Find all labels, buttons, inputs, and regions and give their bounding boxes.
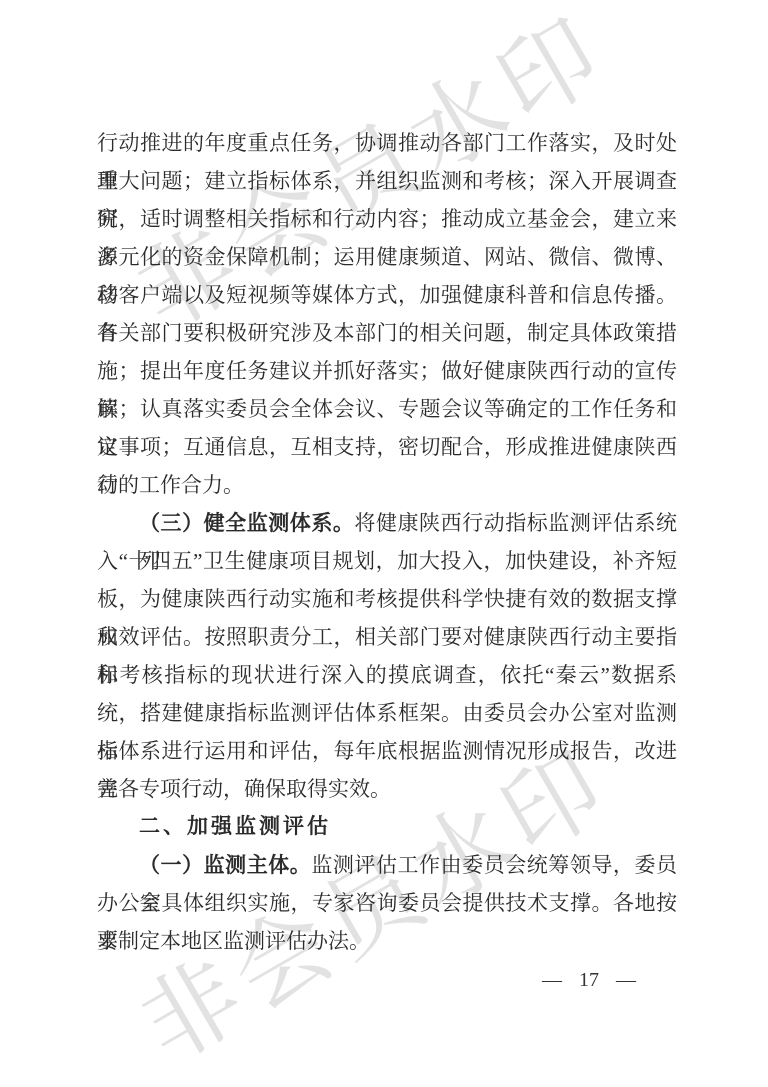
text-line: 施；提出年度任务建议并抓好落实；做好健康陕西行动的宣传解 — [97, 352, 677, 390]
text-line: （三）健全监测体系。将健康陕西行动指标监测评估系统列 — [97, 504, 677, 542]
text-line: 入“十四五”卫生健康项目规划，加大投入，加快建设，补齐短 — [97, 542, 677, 580]
body-text: 善各专项行动，确保取得实效。 — [97, 777, 391, 801]
text-line: 统，搭建健康指标监测评估体系框架。由委员会办公室对监测指 — [97, 694, 677, 732]
body-text: 有关部门要积极研究涉及本部门的相关问题，制定具体政策措 — [97, 321, 677, 345]
body-text: 和考核指标的现状进行深入的摸底调查，依托“秦云”数据系 — [97, 663, 677, 687]
text-line: 定事项；互通信息，互相支持，密切配合，形成推进健康陕西行 — [97, 428, 677, 466]
text-line: 究，适时调整相关指标和行动内容；推动成立基金会，建立来源 — [97, 200, 677, 238]
page-number: 17 — [579, 969, 599, 991]
footer-dash-left: — — [542, 969, 562, 991]
text-line: 读；认真落实委员会全体会议、专题会议等确定的工作任务和议 — [97, 390, 677, 428]
footer-dash-right: — — [616, 969, 636, 991]
section-heading: 二、加强监测评估 — [97, 808, 677, 846]
text-line: 成效评估。按照职责分工，相关部门要对健康陕西行动主要指标 — [97, 618, 677, 656]
text-line: 标体系进行运用和评估，每年底根据监测情况形成报告，改进完 — [97, 732, 677, 770]
text-line: 动的工作合力。 — [97, 466, 677, 504]
text-line: 重大问题；建立指标体系，并组织监测和考核；深入开展调查研 — [97, 162, 677, 200]
text-line: 和考核指标的现状进行深入的摸底调查，依托“秦云”数据系 — [97, 656, 677, 694]
text-line: 求制定本地区监测评估办法。 — [97, 922, 677, 960]
page-footer: — 17 — — [0, 966, 640, 994]
body-text: 动的工作合力。 — [97, 473, 244, 497]
text-line: 行动推进的年度重点任务，协调推动各部门工作落实，及时处理 — [97, 124, 677, 162]
document-page: 非会员水印 非会员水印 行动推进的年度重点任务，协调推动各部门工作落实，及时处理… — [0, 0, 768, 1087]
text-line: 动客户端以及短视频等媒体方式，加强健康科普和信息传播。各 — [97, 276, 677, 314]
text-line: （一）监测主体。监测评估工作由委员会统筹领导，委员会 — [97, 846, 677, 884]
text-line: 板，为健康陕西行动实施和考核提供科学快捷有效的数据支撑和 — [97, 580, 677, 618]
document-body: 行动推进的年度重点任务，协调推动各部门工作落实，及时处理重大问题；建立指标体系，… — [97, 124, 677, 960]
text-line: 多元化的资金保障机制；运用健康频道、网站、微信、微博、移 — [97, 238, 677, 276]
body-text: 求制定本地区监测评估办法。 — [97, 929, 370, 953]
body-text: 入“十四五”卫生健康项目规划，加大投入，加快建设，补齐短 — [97, 549, 677, 573]
text-line: 办公室具体组织实施，专家咨询委员会提供技术支撑。各地按要 — [97, 884, 677, 922]
emphasis-text: （一）监测主体。 — [139, 853, 311, 877]
emphasis-text: 二、加强监测评估 — [139, 815, 331, 838]
text-line: 有关部门要积极研究涉及本部门的相关问题，制定具体政策措 — [97, 314, 677, 352]
emphasis-text: （三）健全监测体系。 — [139, 511, 354, 535]
text-line: 善各专项行动，确保取得实效。 — [97, 770, 677, 808]
